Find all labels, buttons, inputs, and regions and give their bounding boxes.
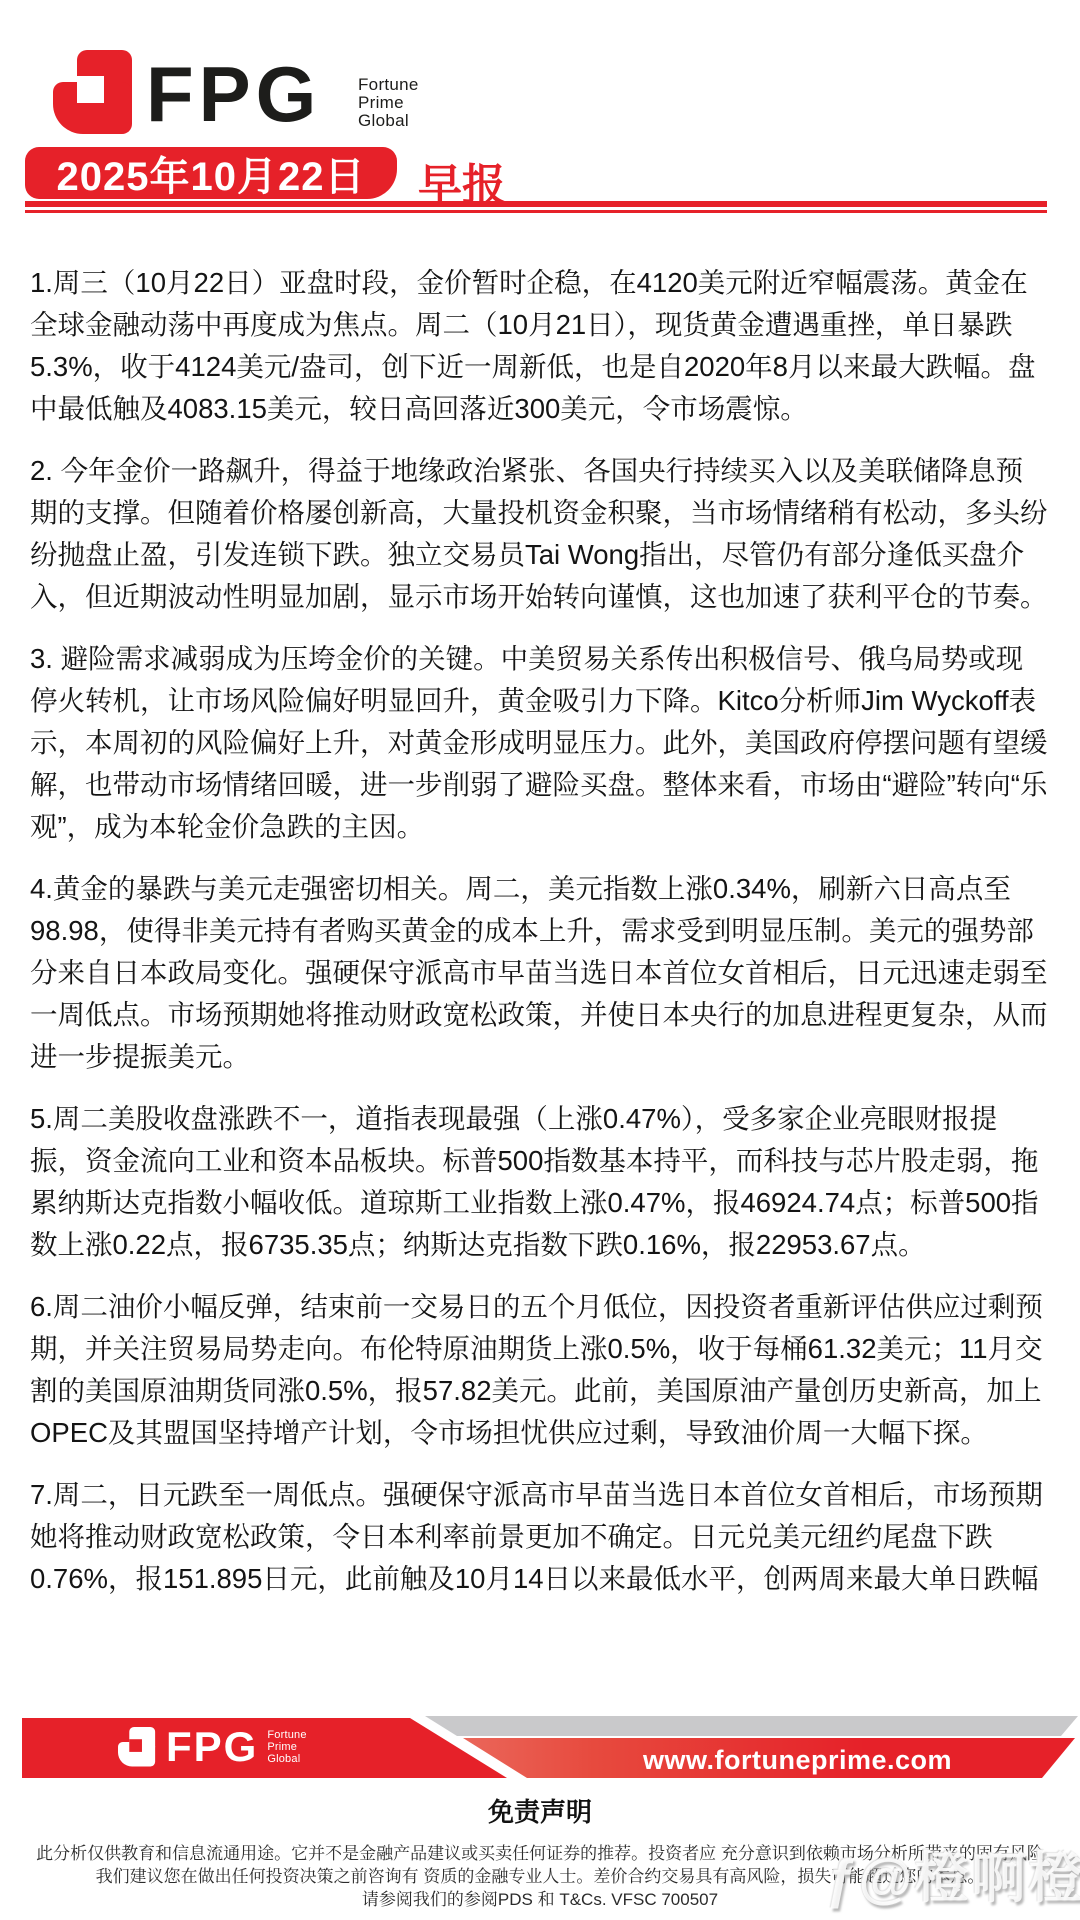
tagline-line-2: Prime: [358, 94, 419, 112]
footer-banner: FPG Fortune Prime Global www.fortuneprim…: [0, 1716, 1080, 1778]
footer-tagline-line-3: Global: [267, 1753, 306, 1765]
article-paragraph-5: 5.周二美股收盘涨跌不一，道指表现最强（上涨0.47%），受多家企业亮眼财报提振…: [30, 1098, 1050, 1266]
fpg-logo-text: FPG: [146, 52, 321, 136]
footer-fpg-logo: FPG Fortune Prime Global: [118, 1727, 307, 1767]
morning-report-page: FPG Fortune Prime Global 2025年10月22日 早报 …: [0, 0, 1080, 1920]
date-banner: 2025年10月22日: [25, 147, 397, 199]
article-paragraph-2: 2. 今年金价一路飙升，得益于地缘政治紧张、各国央行持续买入以及美联储降息预期的…: [30, 450, 1050, 618]
disclaimer-title: 免责声明: [0, 1792, 1080, 1829]
tagline-line-1: Fortune: [358, 76, 419, 94]
website-link[interactable]: www.fortuneprime.com: [643, 1745, 952, 1776]
article-paragraph-4: 4.黄金的暴跌与美元走强密切相关。周二，美元指数上涨0.34%，刷新六日高点至9…: [30, 868, 1050, 1078]
header-rule-thick: [25, 201, 1047, 207]
fpg-logo-notch: [77, 76, 104, 103]
header-rule-thin: [25, 210, 1047, 213]
tagline-line-3: Global: [358, 112, 419, 130]
fpg-logo-tagline: Fortune Prime Global: [358, 76, 419, 130]
article-paragraph-3: 3. 避险需求减弱成为压垮金价的关键。中美贸易关系传出积极信号、俄乌局势或现停火…: [30, 638, 1050, 848]
footer-fpg-logo-icon: [118, 1727, 156, 1767]
footer-fpg-logo-text: FPG: [166, 1727, 258, 1767]
article-body: 1.周三（10月22日）亚盘时段，金价暂时企稳，在4120美元附近窄幅震荡。黄金…: [30, 262, 1050, 1620]
footer-tagline-line-1: Fortune: [267, 1729, 306, 1741]
footer-fpg-tagline: Fortune Prime Global: [267, 1729, 306, 1765]
footer-logo-notch: [129, 1739, 142, 1752]
article-paragraph-7: 7.周二，日元跌至一周低点。强硬保守派高市早苗当选日本首位女首相后，市场预期她将…: [30, 1474, 1050, 1600]
report-date: 2025年10月22日: [57, 145, 366, 202]
article-paragraph-1: 1.周三（10月22日）亚盘时段，金价暂时企稳，在4120美元附近窄幅震荡。黄金…: [30, 262, 1050, 430]
footer-tagline-line-2: Prime: [267, 1741, 306, 1753]
author-watermark: ƒ@橙啊橙: [826, 1834, 1080, 1913]
article-paragraph-6: 6.周二油价小幅反弹，结束前一交易日的五个月低位，因投资者重新评估供应过剩预期，…: [30, 1286, 1050, 1454]
fpg-logo-icon: [53, 50, 132, 134]
